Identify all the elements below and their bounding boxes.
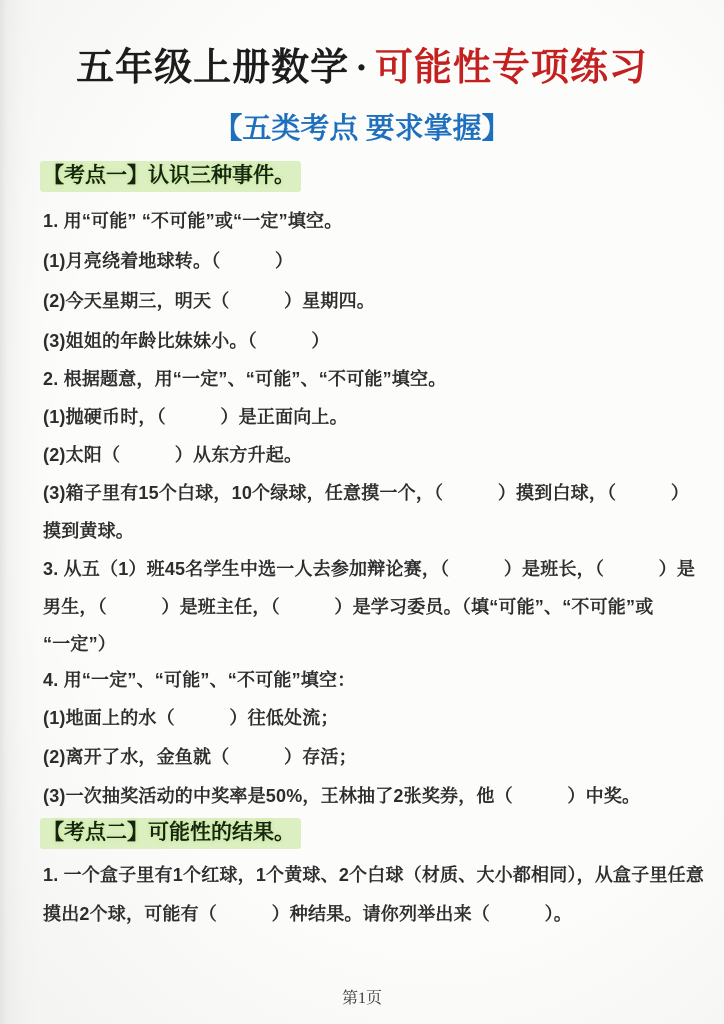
title-topic: 可能性专项练习	[375, 47, 648, 89]
question-line: (2)太阳（ ）从东方升起。	[43, 442, 302, 469]
question-line: 1. 一个盒子里有1个红球，1个黄球、2个白球（材质、大小都相同），从盒子里任意	[43, 862, 704, 889]
page-title: 五年级上册数学·可能性专项练习	[0, 44, 724, 92]
question-line: (3)姐姐的年龄比妹妹小。（ ）	[43, 328, 330, 355]
section-heading-2: 【考点二】可能性的结果。	[40, 818, 301, 849]
question-line: (3)箱子里有15个白球，10个绿球，任意摸一个，（ ）摸到白球，（ ）	[43, 480, 689, 507]
question-line: (1)地面上的水（ ）往低处流；	[43, 705, 339, 732]
question-line: 4. 用“一定”、“可能”、“不可能”填空：	[43, 667, 355, 694]
worksheet-page: 五年级上册数学·可能性专项练习 【五类考点 要求掌握】 【考点一】认识三种事件。…	[0, 0, 724, 1024]
question-line: (1)月亮绕着地球转。（ ）	[43, 248, 293, 275]
question-line: 2. 根据题意，用“一定”、“可能”、“不可能”填空。	[43, 366, 446, 393]
question-line: (1)抛硬币时，（ ）是正面向上。	[43, 404, 348, 431]
question-line: 摸到黄球。	[43, 518, 134, 545]
question-line: (2)今天星期三，明天（ ）星期四。	[43, 288, 375, 315]
question-line: 摸出2个球，可能有（ ）种结果。请你列举出来（ ）。	[43, 901, 572, 928]
question-line: 3. 从五（1）班45名学生中选一人去参加辩论赛，（ ）是班长，（ ）是	[43, 556, 695, 583]
question-line: 男生，（ ）是班主任，（ ）是学习委员。（填“可能”、“不可能”或	[43, 594, 653, 621]
title-course: 五年级上册数学	[76, 47, 349, 89]
question-line: 1. 用“可能” “不可能”或“一定”填空。	[43, 208, 342, 235]
page-subtitle: 【五类考点 要求掌握】	[0, 109, 724, 149]
section-heading-1: 【考点一】认识三种事件。	[40, 161, 301, 192]
question-line: (3)一次抽奖活动的中奖率是50%，王林抽了2张奖券，他（ ）中奖。	[43, 783, 640, 810]
title-dot-separator: ·	[349, 47, 375, 89]
question-line: (2)离开了水，金鱼就（ ）存活；	[43, 744, 357, 771]
question-line: “一定”）	[43, 631, 116, 658]
page-number: 第1页	[0, 985, 724, 1008]
